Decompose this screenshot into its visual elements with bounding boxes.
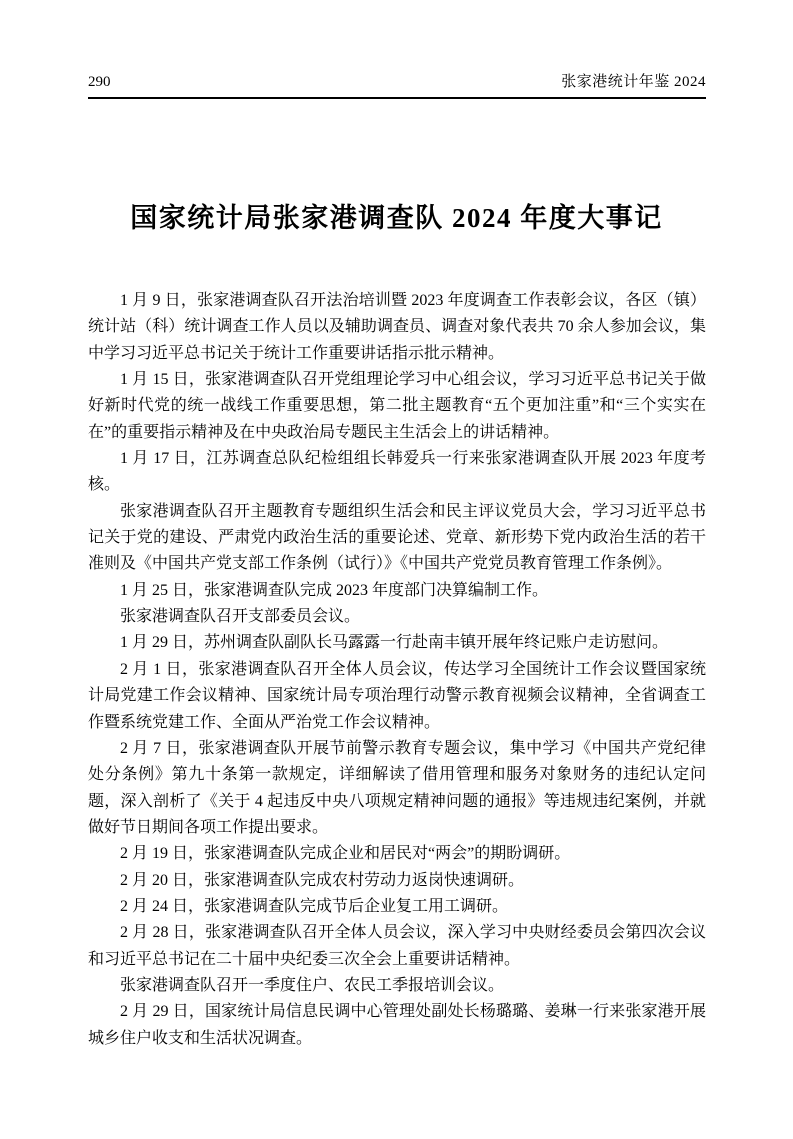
yearbook-page: 290 张家港统计年鉴 2024 国家统计局张家港调查队 2024 年度大事记 … bbox=[0, 0, 793, 1139]
page-number: 290 bbox=[88, 73, 111, 91]
paragraph: 1 月 25 日，张家港调查队完成 2023 年度部门决算编制工作。 bbox=[88, 578, 706, 604]
paragraph: 2 月 20 日，张家港调查队完成农村劳动力返岗快速调研。 bbox=[88, 868, 706, 894]
paragraph: 2 月 24 日，张家港调查队完成节后企业复工用工调研。 bbox=[88, 894, 706, 920]
paragraph: 2 月 1 日，张家港调查队召开全体人员会议，传达学习全国统计工作会议暨国家统计… bbox=[88, 657, 706, 736]
paragraph: 2 月 19 日，张家港调查队完成企业和居民对“两会”的期盼调研。 bbox=[88, 841, 706, 867]
paragraph: 1 月 15 日，张家港调查队召开党组理论学习中心组会议，学习习近平总书记关于做… bbox=[88, 367, 706, 446]
paragraph: 1 月 9 日，张家港调查队召开法治培训暨 2023 年度调查工作表彰会议，各区… bbox=[88, 288, 706, 367]
paragraph: 2 月 28 日，张家港调查队召开全体人员会议，深入学习中央财经委员会第四次会议… bbox=[88, 920, 706, 973]
paragraph: 1 月 29 日，苏州调查队副队长马露露一行赴南丰镇开展年终记账户走访慰问。 bbox=[88, 630, 706, 656]
paragraph: 1 月 17 日，江苏调查总队纪检组组长韩爱兵一行来张家港调查队开展 2023 … bbox=[88, 446, 706, 499]
header-rule bbox=[88, 97, 706, 99]
page-header: 290 张家港统计年鉴 2024 bbox=[88, 73, 706, 91]
paragraph: 张家港调查队召开主题教育专题组织生活会和民主评议党员大会，学习习近平总书记关于党… bbox=[88, 499, 706, 578]
book-title: 张家港统计年鉴 2024 bbox=[561, 73, 706, 91]
paragraph: 张家港调查队召开支部委员会议。 bbox=[88, 604, 706, 630]
article-body: 1 月 9 日，张家港调查队召开法治培训暨 2023 年度调查工作表彰会议，各区… bbox=[88, 288, 706, 1052]
article-title: 国家统计局张家港调查队 2024 年度大事记 bbox=[0, 196, 793, 235]
paragraph: 2 月 7 日，张家港调查队开展节前警示教育专题会议，集中学习《中国共产党纪律处… bbox=[88, 736, 706, 841]
paragraph: 2 月 29 日，国家统计局信息民调中心管理处副处长杨璐璐、姜琳一行来张家港开展… bbox=[88, 999, 706, 1052]
paragraph: 张家港调查队召开一季度住户、农民工季报培训会议。 bbox=[88, 973, 706, 999]
